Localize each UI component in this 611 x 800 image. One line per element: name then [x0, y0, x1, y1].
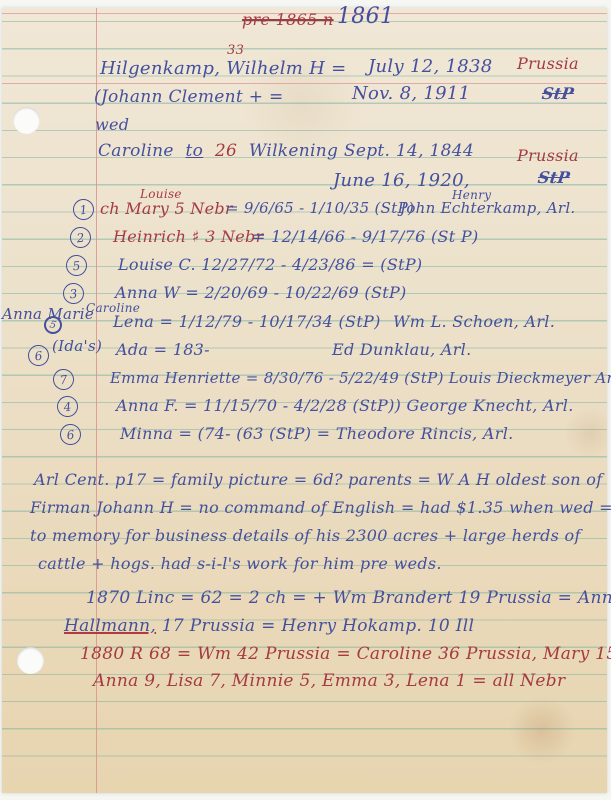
wed-label: wed: [95, 115, 129, 134]
child-5-spouse: Wm L. Schoen, Arl.: [393, 312, 555, 331]
child-6-entry: Ada = 183-: [116, 340, 210, 359]
birth-date: July 12, 1838: [368, 56, 493, 77]
death-date: Nov. 8, 1911: [352, 83, 470, 104]
child-2-name: Heinrich ♯ 3 Nebr: [113, 227, 264, 246]
child-1-dates: = 9/6/65 - 1/10/35 (StP): [226, 199, 414, 217]
ruled-line-pink-header: [2, 83, 607, 84]
church-abbrev-2: StP: [537, 168, 572, 187]
census-1880-line-2: Anna 9, Lisa 7, Minnie 5, Emma 3, Lena 1…: [93, 671, 565, 691]
scanned-notebook-page: { "ink": {"blue": "#44509e", "red": "#a5…: [0, 0, 611, 800]
child-1-name: ch Mary 5 Nebr: [100, 199, 233, 218]
census-underlined-name: Hallmann,: [64, 616, 156, 636]
child-8-entry: Anna F. = 11/15/70 - 4/2/28 (StP)) Georg…: [116, 396, 574, 415]
child-7-entry: Emma Henriette = 8/30/76 - 5/22/49 (StP)…: [110, 369, 611, 387]
spouse-age: 26: [215, 141, 237, 161]
spouse-death-date: June 16, 1920,: [333, 170, 470, 191]
subject-name: Hilgenkamp, Wilhelm H =: [100, 58, 347, 79]
child-4-entry: Anna W = 2/20/69 - 10/22/69 (StP): [115, 283, 407, 302]
child-3-entry: Louise C. 12/27/72 - 4/23/86 = (StP): [118, 255, 422, 274]
note-line-2: Firman Johann H = no command of English …: [30, 498, 611, 517]
note-line-3: to memory for business details of his 23…: [30, 526, 581, 545]
child-2-dates: = 12/14/66 - 9/17/76 (St P): [252, 227, 479, 246]
census-1870-line-1: 1870 Linc = 62 = 2 ch = + Wm Brandert 19…: [86, 588, 611, 608]
parent-line: (Johann Clement + =: [94, 87, 284, 107]
child-6-margin-note: (Ida's): [52, 337, 102, 355]
church-abbrev-1: StP: [541, 84, 576, 103]
punch-hole-top: [13, 107, 40, 134]
spouse-to: to: [186, 141, 204, 161]
spouse-rest: Wilkening Sept. 14, 1844: [249, 141, 474, 161]
punch-hole-bottom: [17, 647, 44, 674]
child-6-spouse: Ed Dunklau, Arl.: [332, 340, 471, 359]
child-5-entry: Lena = 1/12/79 - 10/17/34 (StP): [113, 312, 381, 331]
age-note: 33: [227, 43, 244, 58]
child-1-spouse: John Echterkamp, Arl.: [400, 199, 575, 217]
census-1880-line-1: 1880 R 68 = Wm 42 Prussia = Caroline 36 …: [80, 644, 611, 664]
census-1870-line-2: Hallmann, 17 Prussia = Henry Hokamp. 10 …: [64, 616, 474, 636]
spouse-line: Caroline to 26 Wilkening Sept. 14, 1844: [98, 141, 474, 161]
year-corrected: 1861: [337, 4, 394, 29]
spouse-place: Prussia: [517, 146, 579, 165]
birth-place: Prussia: [517, 54, 579, 73]
note-line-4: cattle + hogs. had s-i-l's work for him …: [38, 554, 442, 573]
note-line-1: Arl Cent. p17 = family picture = 6d? par…: [34, 470, 602, 489]
spouse-name: Caroline: [98, 141, 174, 161]
child-9-entry: Minna = (74- (63 (StP) = Theodore Rincis…: [120, 424, 514, 443]
census-1870-line-2-rest: 17 Prussia = Henry Hokamp. 10 Ill: [156, 616, 474, 636]
year-struck: pre 1865 n: [242, 10, 334, 29]
